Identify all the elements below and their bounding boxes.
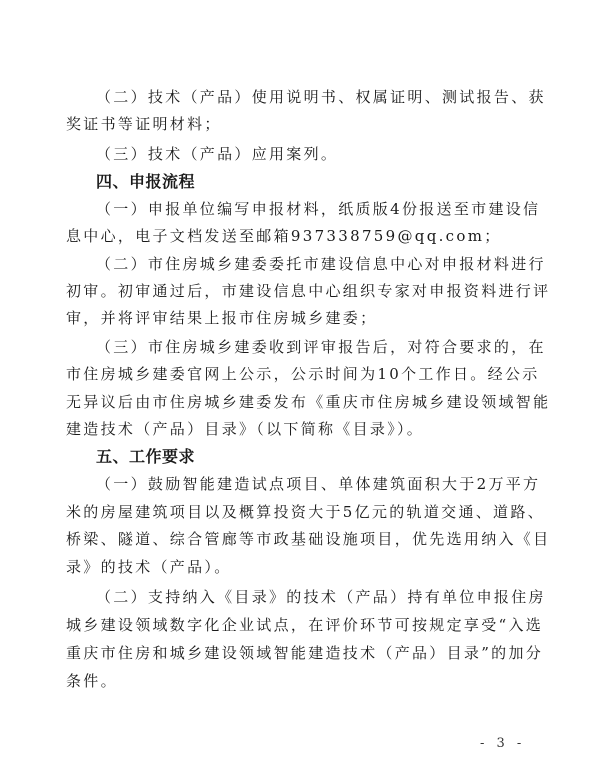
text-line: （一）申报单位编写申报材料，纸质版4份报送至市建设信 <box>96 197 514 221</box>
text-line: 米的房屋建筑项目以及概算投资大于5亿元的轨道交通、道路、 <box>66 500 514 524</box>
text-line: （三）技术（产品）应用案列。 <box>96 142 514 166</box>
section-heading: 五、工作要求 <box>96 445 544 469</box>
text-line: （二）支持纳入《目录》的技术（产品）持有单位申报住房 <box>96 585 514 609</box>
text-line: 桥梁、隧道、综合管廊等市政基础设施项目，优先选用纳入《目 <box>66 527 514 551</box>
text-line: 市住房城乡建委官网上公示，公示时间为10个工作日。经公示 <box>66 362 514 386</box>
text-line: 无异议后由市住房城乡建委发布《重庆市住房城乡建设领域智能 <box>66 390 514 414</box>
text-line: 重庆市住房和城乡建设领域智能建造技术（产品）目录”的加分 <box>66 641 514 665</box>
text-line: 初审。初审通过后，市建设信息中心组织专家对申报资料进行评 <box>66 279 514 303</box>
text-line: 审，并将评审结果上报市住房城乡建委； <box>66 306 514 330</box>
text-line: （二）市住房城乡建委委托市建设信息中心对申报材料进行 <box>96 252 514 276</box>
text-line: 城乡建设领域数字化企业试点，在评价环节可按规定享受“入选 <box>66 613 514 637</box>
document-page: （二）技术（产品）使用说明书、权属证明、测试报告、获奖证书等证明材料；（三）技术… <box>0 0 600 776</box>
text-line: 息中心，电子文档发送至邮箱937338759@qq.com； <box>66 224 514 248</box>
page-number: - 3 - <box>480 736 525 751</box>
text-line: 条件。 <box>66 669 514 693</box>
text-line: 录》的技术（产品）。 <box>66 555 514 579</box>
text-line: （三）市住房城乡建委收到评审报告后，对符合要求的，在 <box>96 335 514 359</box>
text-line: 奖证书等证明材料； <box>66 112 514 136</box>
section-heading: 四、申报流程 <box>96 170 544 194</box>
text-line: （一）鼓励智能建造试点项目、单体建筑面积大于2万平方 <box>96 472 514 496</box>
text-line: （二）技术（产品）使用说明书、权属证明、测试报告、获 <box>96 85 514 109</box>
text-line: 建造技术（产品）目录》（以下简称《目录》）。 <box>66 417 514 441</box>
